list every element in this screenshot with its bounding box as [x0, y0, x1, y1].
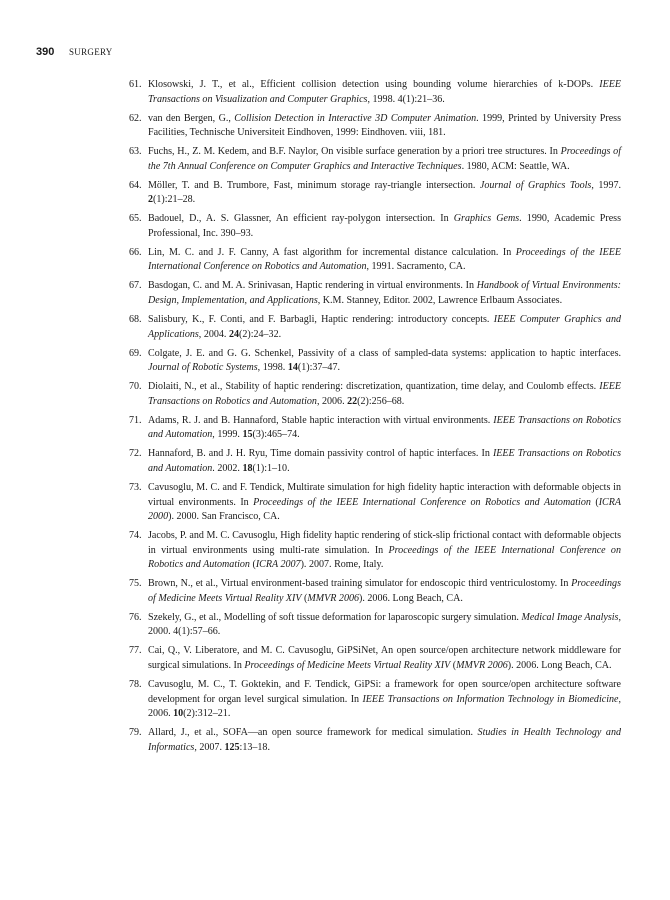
reference-segment: Diolaiti, N., et al., Stability of hapti…: [148, 381, 599, 392]
reference-segment: . 2002.: [212, 463, 242, 474]
reference-number: 62.: [129, 112, 142, 127]
reference-number: 72.: [129, 447, 142, 462]
reference-segment: Szekely, G., et al., Modelling of soft t…: [148, 612, 521, 623]
reference-entry: 64.Möller, T. and B. Trumbore, Fast, min…: [129, 179, 621, 208]
reference-entry: 69.Colgate, J. E. and G. G. Schenkel, Pa…: [129, 347, 621, 376]
reference-title-italic: Collision Detection in Interactive 3D Co…: [234, 113, 476, 124]
reference-number: 73.: [129, 481, 142, 496]
reference-entry: 72.Hannaford, B. and J. H. Ryu, Time dom…: [129, 447, 621, 476]
reference-segment: (3):465–74.: [252, 429, 299, 440]
reference-volume: 24: [229, 329, 239, 340]
reference-entry: 68.Salisbury, K., F. Conti, and F. Barba…: [129, 313, 621, 342]
reference-segment: , 2007.: [194, 742, 224, 753]
reference-number: 63.: [129, 145, 142, 160]
reference-segment: Klosowski, J. T., et al., Efficient coll…: [148, 79, 599, 90]
reference-segment: , 1998.: [258, 362, 288, 373]
reference-text: Allard, J., et al., SOFA—an open source …: [148, 727, 621, 753]
reference-entry: 62.van den Bergen, G., Collision Detecti…: [129, 112, 621, 141]
reference-segment: Allard, J., et al., SOFA—an open source …: [148, 727, 478, 738]
reference-entry: 79.Allard, J., et al., SOFA—an open sour…: [129, 726, 621, 755]
reference-segment: Möller, T. and B. Trumbore, Fast, minimu…: [148, 180, 480, 191]
reference-entry: 66.Lin, M. C. and J. F. Canny, A fast al…: [129, 246, 621, 275]
reference-segment: ). 2006. Long Beach, CA.: [508, 660, 612, 671]
reference-title-italic: Proceedings of Medicine Meets Virtual Re…: [244, 660, 450, 671]
reference-number: 74.: [129, 529, 142, 544]
reference-number: 65.: [129, 212, 142, 227]
reference-title-italic: Proceedings of the IEEE International Co…: [253, 497, 591, 508]
reference-segment: ). 2000. San Francisco, CA.: [168, 511, 280, 522]
reference-text: Fuchs, H., Z. M. Kedem, and B.F. Naylor,…: [148, 146, 621, 172]
reference-segment: (2):312–21.: [183, 708, 230, 719]
reference-volume: 14: [288, 362, 298, 373]
reference-segment: Colgate, J. E. and G. G. Schenkel, Passi…: [148, 348, 621, 359]
reference-entry: 75.Brown, N., et al., Virtual environmen…: [129, 577, 621, 606]
reference-segment: (1):1–10.: [252, 463, 289, 474]
reference-segment: , 1999.: [212, 429, 242, 440]
reference-segment: Badouel, D., A. S. Glassner, An efficien…: [148, 213, 454, 224]
reference-text: Salisbury, K., F. Conti, and F. Barbagli…: [148, 314, 621, 340]
reference-number: 68.: [129, 313, 142, 328]
reference-number: 69.: [129, 347, 142, 362]
reference-title-italic: Medical Image Analysis: [521, 612, 618, 623]
reference-title-italic: ICRA 2007: [256, 559, 301, 570]
reference-volume: 18: [242, 463, 252, 474]
reference-entry: 61.Klosowski, J. T., et al., Efficient c…: [129, 78, 621, 107]
reference-text: Cai, Q., V. Liberatore, and M. C. Cavuso…: [148, 645, 621, 671]
reference-segment: , 1997.: [591, 180, 621, 191]
reference-segment: , 2004.: [199, 329, 229, 340]
reference-title-italic: Journal of Robotic Systems: [148, 362, 258, 373]
reference-entry: 78.Cavusoglu, M. C., T. Goktekin, and F.…: [129, 678, 621, 722]
reference-text: Colgate, J. E. and G. G. Schenkel, Passi…: [148, 348, 621, 374]
reference-entry: 73.Cavusoglu, M. C. and F. Tendick, Mult…: [129, 481, 621, 525]
reference-number: 67.: [129, 279, 142, 294]
reference-segment: , 1998. 4(1):21–36.: [367, 94, 444, 105]
page-number: 390: [36, 46, 54, 58]
reference-volume: 22: [347, 396, 357, 407]
reference-volume: 15: [242, 429, 252, 440]
reference-text: Adams, R. J. and B. Hannaford, Stable ha…: [148, 415, 621, 441]
reference-title-italic: Journal of Graphics Tools: [480, 180, 591, 191]
reference-entry: 63.Fuchs, H., Z. M. Kedem, and B.F. Nayl…: [129, 145, 621, 174]
reference-number: 64.: [129, 179, 142, 194]
reference-segment: (: [591, 497, 599, 508]
reference-volume: 125: [224, 742, 239, 753]
reference-segment: (1):37–47.: [298, 362, 340, 373]
reference-text: Klosowski, J. T., et al., Efficient coll…: [148, 79, 621, 105]
page-header: 390 SURGERY: [36, 46, 113, 58]
reference-segment: Lin, M. C. and J. F. Canny, A fast algor…: [148, 247, 516, 258]
reference-entry: 71.Adams, R. J. and B. Hannaford, Stable…: [129, 414, 621, 443]
reference-title-italic: Graphics Gems: [454, 213, 519, 224]
reference-segment: Fuchs, H., Z. M. Kedem, and B.F. Naylor,…: [148, 146, 561, 157]
reference-segment: . 1980, ACM: Seattle, WA.: [462, 161, 570, 172]
reference-volume: 10: [173, 708, 183, 719]
reference-entry: 74.Jacobs, P. and M. C. Cavusoglu, High …: [129, 529, 621, 573]
reference-number: 75.: [129, 577, 142, 592]
reference-segment: Basdogan, C. and M. A. Srinivasan, Hapti…: [148, 280, 477, 291]
running-head: SURGERY: [69, 47, 113, 57]
reference-segment: ). 2006. Long Beach, CA.: [359, 593, 463, 604]
reference-number: 79.: [129, 726, 142, 741]
reference-segment: van den Bergen, G.,: [148, 113, 234, 124]
reference-text: Diolaiti, N., et al., Stability of hapti…: [148, 381, 621, 407]
reference-segment: , 2006.: [317, 396, 347, 407]
reference-number: 70.: [129, 380, 142, 395]
reference-segment: , 1991. Sacramento, CA.: [367, 261, 466, 272]
reference-entry: 77.Cai, Q., V. Liberatore, and M. C. Cav…: [129, 644, 621, 673]
reference-text: Cavusoglu, M. C. and F. Tendick, Multira…: [148, 482, 621, 522]
reference-entry: 65.Badouel, D., A. S. Glassner, An effic…: [129, 212, 621, 241]
reference-entry: 76.Szekely, G., et al., Modelling of sof…: [129, 611, 621, 640]
reference-number: 61.: [129, 78, 142, 93]
reference-text: Szekely, G., et al., Modelling of soft t…: [148, 612, 621, 638]
reference-segment: (2):256–68.: [357, 396, 404, 407]
reference-segment: , K.M. Stanney, Editor. 2002, Lawrence E…: [318, 295, 562, 306]
reference-text: Badouel, D., A. S. Glassner, An efficien…: [148, 213, 621, 239]
reference-entry: 70.Diolaiti, N., et al., Stability of ha…: [129, 380, 621, 409]
reference-segment: Adams, R. J. and B. Hannaford, Stable ha…: [148, 415, 493, 426]
reference-list: 61.Klosowski, J. T., et al., Efficient c…: [129, 78, 621, 760]
reference-number: 76.: [129, 611, 142, 626]
reference-text: Möller, T. and B. Trumbore, Fast, minimu…: [148, 180, 621, 206]
reference-segment: Hannaford, B. and J. H. Ryu, Time domain…: [148, 448, 493, 459]
reference-number: 71.: [129, 414, 142, 429]
reference-title-italic: MMVR 2006: [456, 660, 508, 671]
reference-entry: 67.Basdogan, C. and M. A. Srinivasan, Ha…: [129, 279, 621, 308]
reference-segment: Brown, N., et al., Virtual environment-b…: [148, 578, 571, 589]
reference-text: Hannaford, B. and J. H. Ryu, Time domain…: [148, 448, 621, 474]
reference-number: 78.: [129, 678, 142, 693]
reference-text: Cavusoglu, M. C., T. Goktekin, and F. Te…: [148, 679, 621, 719]
reference-segment: (2):24–32.: [239, 329, 281, 340]
reference-text: Jacobs, P. and M. C. Cavusoglu, High fid…: [148, 530, 621, 570]
reference-title-italic: MMVR 2006: [307, 593, 359, 604]
reference-title-italic: IEEE Transactions on Information Technol…: [362, 694, 618, 705]
reference-segment: ). 2007. Rome, Italy.: [301, 559, 384, 570]
reference-segment: (1):21–28.: [153, 194, 195, 205]
reference-text: Brown, N., et al., Virtual environment-b…: [148, 578, 621, 604]
reference-text: Basdogan, C. and M. A. Srinivasan, Hapti…: [148, 280, 621, 306]
reference-segment: Salisbury, K., F. Conti, and F. Barbagli…: [148, 314, 494, 325]
reference-number: 66.: [129, 246, 142, 261]
reference-text: Lin, M. C. and J. F. Canny, A fast algor…: [148, 247, 621, 273]
reference-segment: :13–18.: [240, 742, 270, 753]
reference-text: van den Bergen, G., Collision Detection …: [148, 113, 621, 139]
reference-number: 77.: [129, 644, 142, 659]
